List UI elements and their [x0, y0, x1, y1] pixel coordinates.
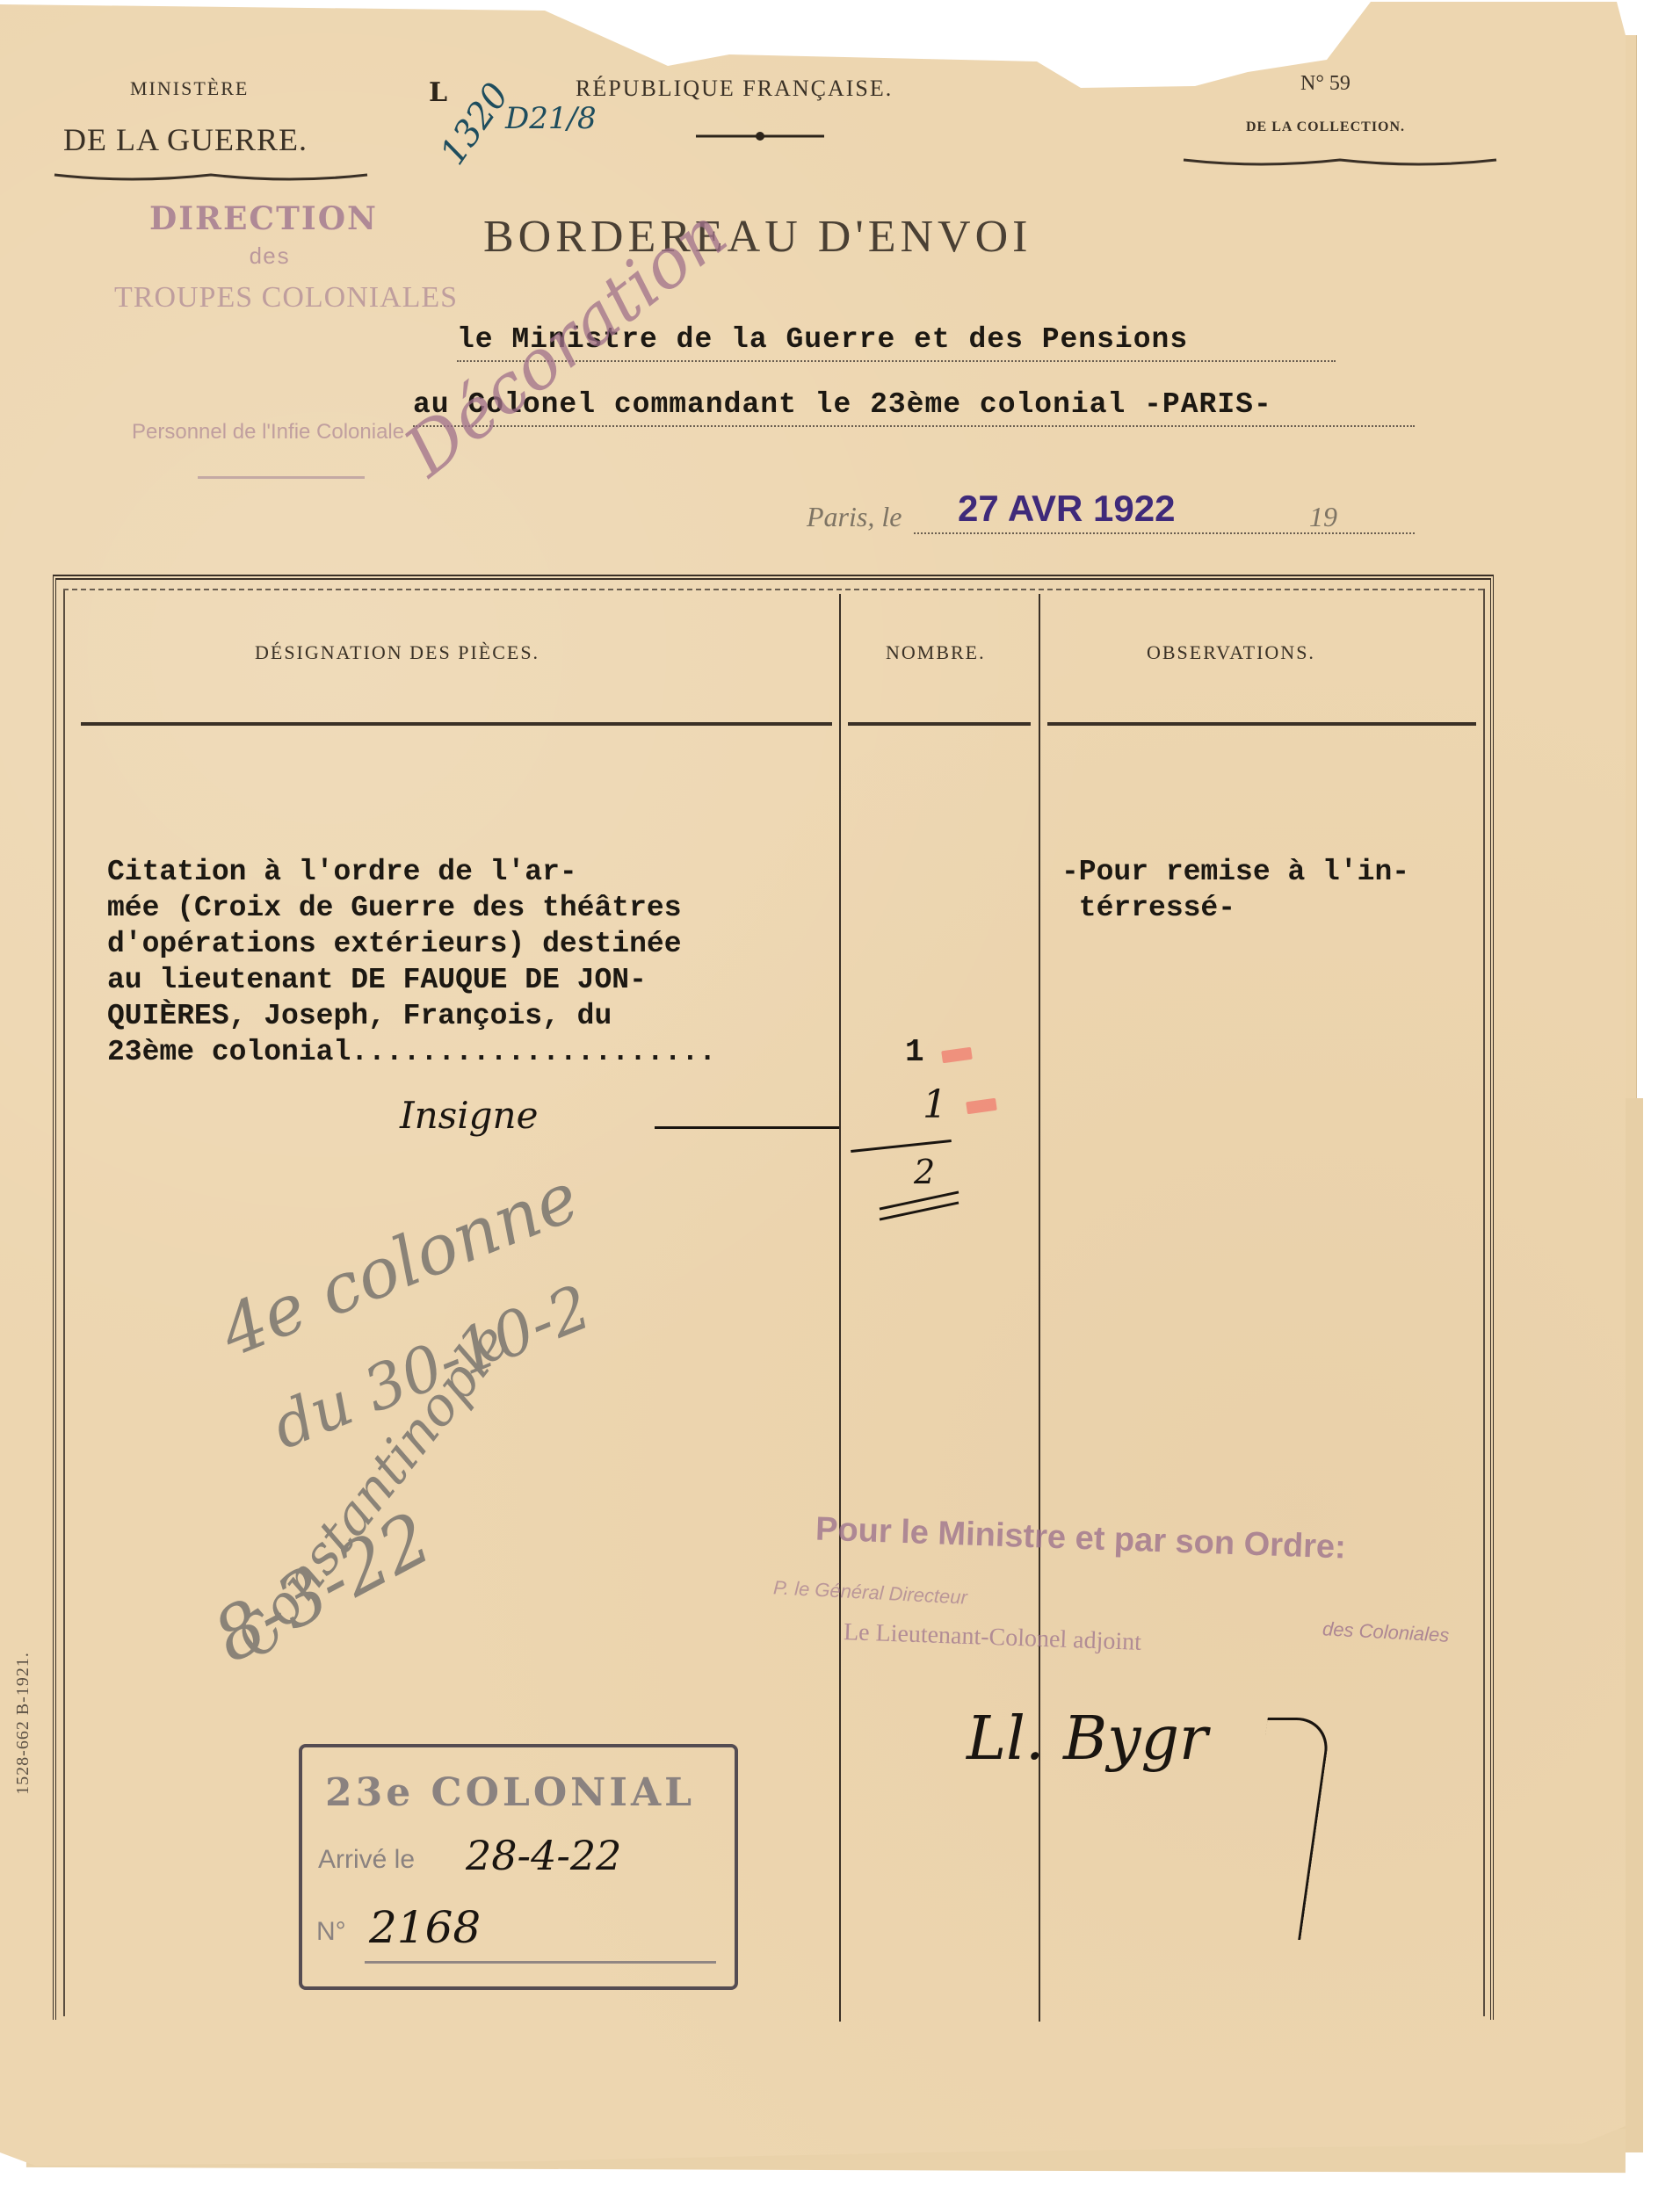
document-title: BORDEREAU D'ENVOI: [483, 211, 1032, 263]
stamp-direction-line3: TROUPES COLONIALES: [114, 281, 458, 315]
arrival-number-label: N°: [316, 1917, 346, 1947]
date-stamp: 27 AVR 1922: [958, 488, 1176, 530]
collection-label: DE LA COLLECTION.: [1246, 119, 1405, 135]
column-header-observations: OBSERVATIONS.: [1147, 641, 1315, 664]
table-total: 2: [914, 1153, 935, 1191]
ornament-dash: [694, 130, 826, 142]
column-divider-2: [1039, 594, 1040, 2022]
print-code: 1528-662 B-1921.: [13, 1652, 33, 1795]
header-rule-3: [1047, 722, 1476, 726]
table-row-nombre: 1: [905, 1034, 924, 1070]
table-row-designation: Citation à l'ordre de l'ar- mée (Croix d…: [107, 854, 845, 1070]
table-top-rule: [63, 589, 1483, 591]
arrival-number: 2168: [369, 1902, 481, 1953]
handwritten-ref-code: D21/8: [505, 101, 597, 136]
ornament-swash-left: [53, 171, 369, 184]
insigne-leader-line: [655, 1126, 839, 1129]
document-page: MINISTÈRE DE LA GUERRE. L RÉPUBLIQUE FRA…: [0, 0, 1626, 2166]
arrival-number-rule: [365, 1961, 716, 1964]
stamp-direction-line4: Personnel de l'Infie Coloniale: [132, 420, 404, 445]
republic-heading: RÉPUBLIQUE FRANÇAISE.: [576, 76, 893, 102]
arrival-date: 28-4-22: [466, 1832, 621, 1879]
table-inner-border-right: [1483, 589, 1485, 2016]
date-dotted-rule: [914, 532, 1415, 534]
recipient-dotted-rule: [413, 425, 1415, 427]
ornament-swash-right: [1182, 156, 1498, 169]
arrival-stamp-title: 23e COLONIAL: [325, 1770, 695, 1815]
table-inner-border-left: [63, 589, 65, 2016]
ministry-line2: DE LA GUERRE.: [63, 121, 308, 158]
header-rule-1: [81, 722, 832, 726]
stamp-direction-line2: des: [249, 244, 290, 271]
stamp-direction-line1: DIRECTION: [149, 200, 378, 237]
stamp-rule: [198, 476, 365, 479]
header-rule-2: [848, 722, 1031, 726]
table-row-insigne-nombre: 1: [923, 1082, 947, 1127]
table-row-insigne: Insigne: [400, 1094, 538, 1137]
date-year-prefix: 19: [1309, 501, 1337, 533]
column-header-designation: DÉSIGNATION DES PIÈCES.: [255, 641, 539, 664]
ministry-line1: MINISTÈRE: [130, 77, 249, 100]
column-divider-1: [839, 594, 841, 2022]
table-row-observations: -Pour remise à l'in- térressé-: [1061, 854, 1409, 926]
date-label: Paris, le: [807, 501, 902, 533]
collection-number: N° 59: [1300, 72, 1351, 96]
letter-mark: L: [429, 77, 447, 108]
signature: Ll. Bygr: [967, 1704, 1208, 1774]
column-header-nombre: NOMBRE.: [886, 641, 986, 664]
arrival-stamp-label: Arrivé le: [318, 1845, 415, 1875]
